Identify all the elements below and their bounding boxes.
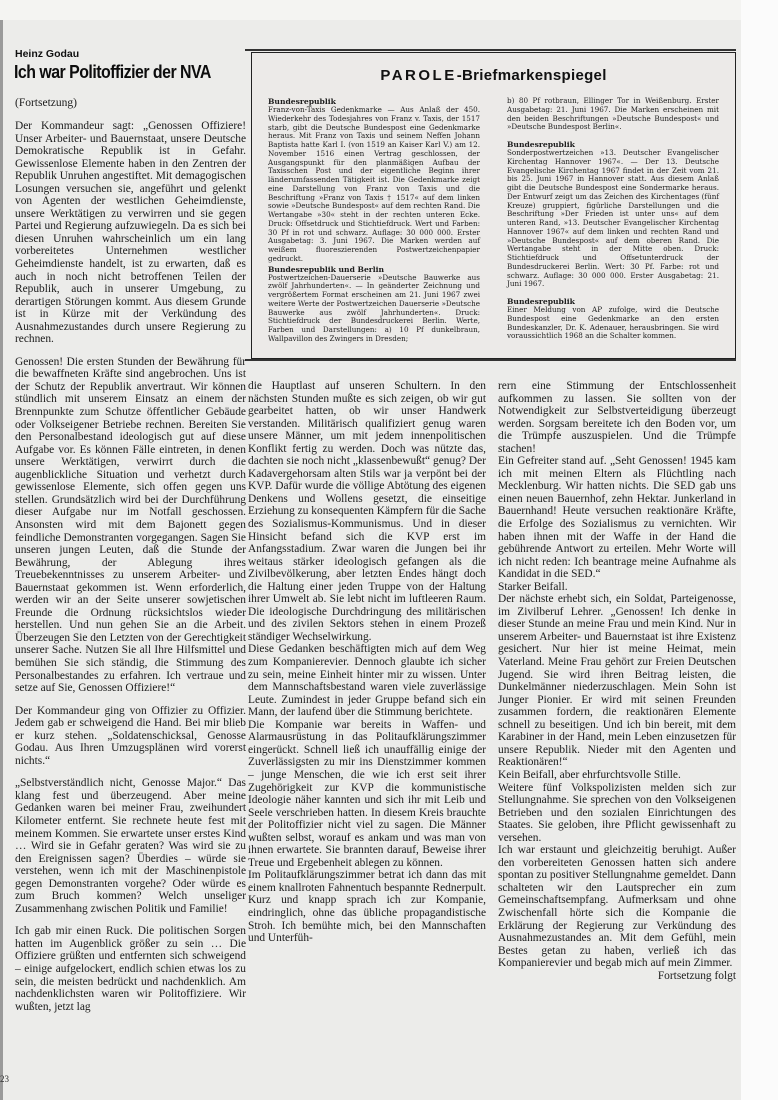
continued-note: Fortsetzung folgt — [498, 970, 736, 983]
article-column-right: rern eine Stimmung der Entschlossenheit … — [498, 380, 736, 982]
stamp-entry-text: Einer Meldung von AP zufolge, wird die D… — [507, 306, 719, 341]
paragraph: „Selbstverständlich nicht, Genosse Major… — [15, 777, 246, 915]
stamp-entry-text: Franz-von-Taxis Gedenkmarke — Aus Anlaß … — [268, 106, 480, 264]
paragraph: Ich gab mir einen Ruck. Die politischen … — [15, 925, 246, 1013]
paragraph: Die Kompanie war bereits in Waffen- und … — [248, 719, 486, 870]
box-title-suffix: -Briefmarkenspiegel — [457, 67, 607, 84]
paragraph: Im Politaufklärungszimmer betrat ich dan… — [248, 869, 486, 944]
briefmarkenspiegel-box: PAROLE-Briefmarkenspiegel Bundesrepublik… — [251, 52, 736, 359]
paragraph: Der Kommandeur ging von Offizier zu Offi… — [15, 705, 246, 768]
stamp-entry: Bundesrepublik und Berlin Postwertzeiche… — [268, 265, 480, 344]
stamp-entry: Bundesrepublik Franz-von-Taxis Gedenkmar… — [268, 97, 480, 264]
article-title: Ich war Politoffizier der NVA — [14, 61, 220, 83]
paragraph: die Hauptlast auf unseren Schultern. In … — [248, 380, 486, 643]
box-title-prefix: PAROLE — [380, 67, 456, 84]
article-author: Heinz Godau — [15, 48, 79, 60]
paragraph: Starker Beifall. — [498, 581, 736, 594]
stamp-entry: b) 80 Pf rotbraun, Ellinger Tor in Weiße… — [507, 97, 719, 132]
article-column-left: Der Kommandeur sagt: „Genossen Offiziere… — [15, 120, 246, 1013]
paragraph: Diese Gedanken beschäftigten mich auf de… — [248, 643, 486, 718]
paragraph: Der Kommandeur sagt: „Genossen Offiziere… — [15, 120, 246, 346]
scan-margin — [741, 0, 778, 1100]
stamp-entry-text: b) 80 Pf rotbraun, Ellinger Tor in Weiße… — [507, 97, 719, 132]
box-column-left: Bundesrepublik Franz-von-Taxis Gedenkmar… — [268, 97, 480, 352]
magazine-page: Heinz Godau Ich war Politoffizier der NV… — [0, 0, 778, 1100]
page-number: 23 — [0, 1074, 9, 1084]
paragraph: Genossen! Die ersten Stunden der Bewähru… — [15, 356, 246, 695]
box-rule-top — [245, 49, 736, 51]
paragraph: Ich war erstaunt und gleichzeitig beruhi… — [498, 844, 736, 969]
box-column-right: b) 80 Pf rotbraun, Ellinger Tor in Weiße… — [507, 97, 719, 349]
box-rule-bottom — [245, 359, 736, 361]
article-subtitle: (Fortsetzung) — [15, 97, 77, 109]
stamp-entry-text: Postwertzeichen-Dauerserie »Deutsche Bau… — [268, 274, 480, 344]
paragraph: Kein Beifall, aber ehrfurchtsvolle Still… — [498, 769, 736, 782]
stamp-entry-text: Sonderpostwertzeichen »13. Deutscher Eva… — [507, 149, 719, 289]
paragraph: Ein Gefreiter stand auf. „Seht Genossen!… — [498, 455, 736, 580]
paragraph: Der nächste erhebt sich, ein Soldat, Par… — [498, 593, 736, 769]
article-column-middle: die Hauptlast auf unseren Schultern. In … — [248, 380, 486, 945]
paragraph: Weitere fünf Volkspolizisten melden sich… — [498, 782, 736, 845]
paragraph: rern eine Stimmung der Entschlossenheit … — [498, 380, 736, 455]
stamp-entry: Bundesrepublik Sonderpostwertzeichen »13… — [507, 140, 719, 289]
stamp-entry: Bundesrepublik Einer Meldung von AP zufo… — [507, 297, 719, 341]
box-title: PAROLE-Briefmarkenspiegel — [252, 67, 735, 84]
